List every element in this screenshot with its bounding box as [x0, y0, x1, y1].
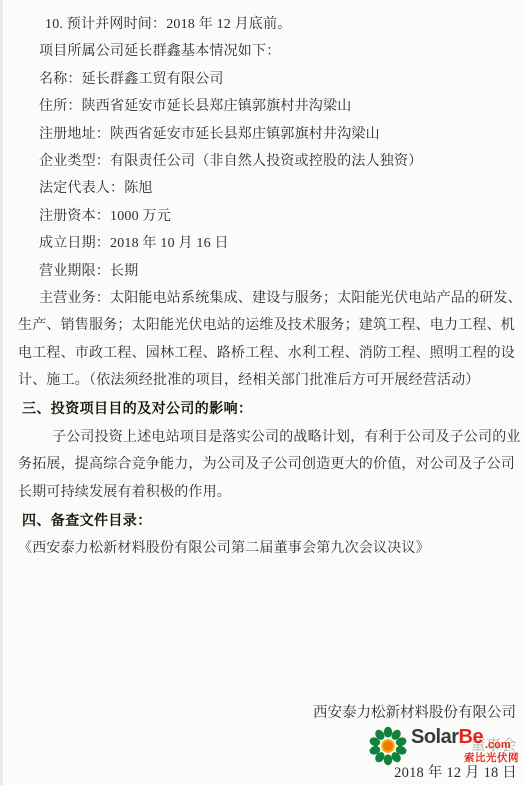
heading-section-4: 四、备查文件目录： — [18, 508, 511, 535]
line-residence: 住所：陕西省延安市延长县郑庄镇郭旗村井沟梁山 — [18, 93, 511, 120]
line-impact-3: 长期可持续发展有着积极的作用。 — [18, 479, 511, 506]
line-expected-grid-date: 10. 预计并网时间：2018 年 12 月底前。 — [18, 11, 511, 38]
line-establish-date: 成立日期：2018 年 10 月 16 日 — [18, 230, 511, 257]
line-registered-address: 注册地址：陕西省延安市延长县郑庄镇郭旗村井沟梁山 — [18, 121, 511, 148]
line-impact-1: 子公司投资上述电站项目是落实公司的战略计划，有利于公司及子公司的业 — [18, 424, 511, 451]
line-registered-capital: 注册资本：1000 万元 — [18, 203, 511, 230]
brand-solar: Solar — [411, 726, 459, 748]
solarbe-watermark: SolarBe .com 索比光伏网 — [365, 722, 523, 770]
line-business-term: 营业期限：长期 — [18, 258, 511, 285]
brand-site-name: 索比光伏网 — [464, 750, 519, 765]
line-main-business-2: 生产、销售服务；太阳能光伏电站的运维及技术服务；建筑工程、电力工程、机 — [18, 312, 511, 339]
document-body: 10. 预计并网时间：2018 年 12 月底前。项目所属公司延长群鑫基本情况如… — [3, 0, 523, 563]
signature-company: 西安泰力松新材料股份有限公司 — [313, 701, 516, 722]
line-main-business-3: 电工程、市政工程、园林工程、路桥工程、水利工程、消防工程、照明工程的设 — [18, 340, 511, 367]
line-impact-2: 务拓展，提高综合竞争能力，为公司及子公司创造更大的价值，对公司及子公司 — [18, 451, 511, 478]
line-company-type: 企业类型：有限责任公司（非自然人投资或控股的法人独资） — [18, 148, 511, 175]
announcement-document: 10. 预计并网时间：2018 年 12 月底前。项目所属公司延长群鑫基本情况如… — [0, 0, 523, 785]
line-main-business-1: 主营业务：太阳能电站系统集成、建设与服务；太阳能光伏电站产品的研发、 — [18, 285, 511, 312]
heading-section-3: 三、投资项目目的及对公司的影响： — [18, 396, 511, 423]
line-company-name: 名称：延长群鑫工贸有限公司 — [18, 66, 511, 93]
brand-be: Be — [459, 726, 484, 748]
solarbe-brand-text: SolarBe — [411, 726, 483, 749]
solarbe-flower-icon — [368, 726, 408, 766]
line-main-business-4: 计、施工。（依法须经批准的项目，经相关部门批准后方可开展经营活动） — [18, 367, 511, 394]
line-legal-representative: 法定代表人：陈旭 — [18, 175, 511, 202]
line-subsidiary-intro: 项目所属公司延长群鑫基本情况如下： — [18, 38, 511, 65]
line-reference-document: 《西安泰力松新材料股份有限公司第二届董事会第九次会议决议》 — [18, 535, 511, 562]
